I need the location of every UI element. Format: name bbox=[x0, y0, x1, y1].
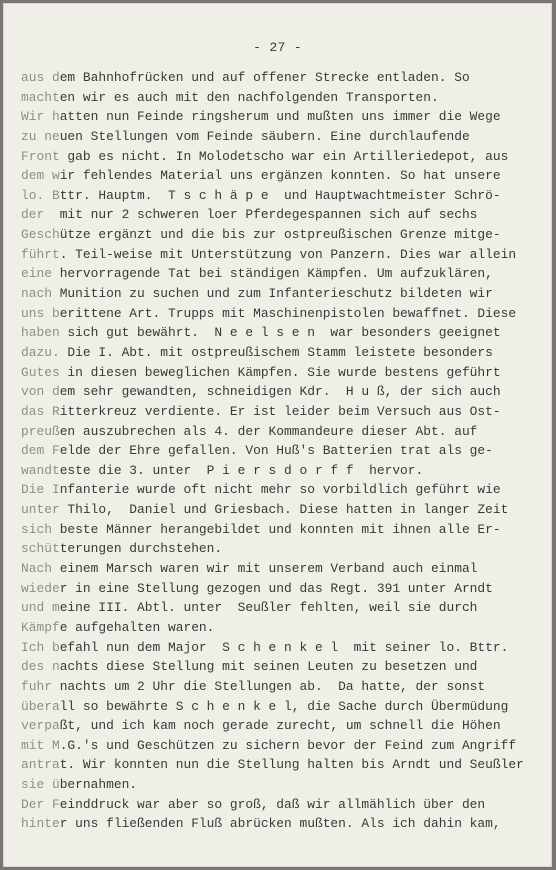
text-line: dem Felde der Ehre gefallen. Von Huß's B… bbox=[21, 441, 541, 461]
text-line: lo. Bttr. Hauptm. T s c h ä p e und Haup… bbox=[21, 186, 541, 206]
text-line: verpaßt, und ich kam noch gerade zurecht… bbox=[21, 716, 541, 736]
text-line: Kämpfe aufgehalten waren. bbox=[21, 618, 541, 638]
text-line: der mit nur 2 schweren loer Pferdegespan… bbox=[21, 205, 541, 225]
text-line: dem wir fehlendes Material uns ergänzen … bbox=[21, 166, 541, 186]
text-line: führt. Teil-weise mit Unterstützung von … bbox=[21, 245, 541, 265]
text-line: Ich befahl nun dem Major S c h e n k e l… bbox=[21, 638, 541, 658]
text-line: Die Infanterie wurde oft nicht mehr so v… bbox=[21, 480, 541, 500]
text-line: Front gab es nicht. In Molodetscho war e… bbox=[21, 147, 541, 167]
text-line: uns berittene Art. Trupps mit Maschinenp… bbox=[21, 304, 541, 324]
text-line: aus dem Bahnhofrücken und auf offener St… bbox=[21, 68, 541, 88]
text-line: überall so bewährte S c h e n k e l, die… bbox=[21, 697, 541, 717]
text-line: das Ritterkreuz verdiente. Er ist leider… bbox=[21, 402, 541, 422]
text-line: eine hervorragende Tat bei ständigen Käm… bbox=[21, 264, 541, 284]
text-line: hinter uns fließenden Fluß abrücken mußt… bbox=[21, 814, 541, 834]
text-line: nach Munition zu suchen und zum Infanter… bbox=[21, 284, 541, 304]
text-line: schütterungen durchstehen. bbox=[21, 539, 541, 559]
text-line: von dem sehr gewandten, schneidigen Kdr.… bbox=[21, 382, 541, 402]
text-line: fuhr nachts um 2 Uhr die Stellungen ab. … bbox=[21, 677, 541, 697]
corner-mark: · · · · bbox=[498, 14, 537, 21]
text-line: des nachts diese Stellung mit seinen Leu… bbox=[21, 657, 541, 677]
text-line: zu neuen Stellungen vom Feinde säubern. … bbox=[21, 127, 541, 147]
text-line: Nach einem Marsch waren wir mit unserem … bbox=[21, 559, 541, 579]
text-line: mit M.G.'s und Geschützen zu sichern bev… bbox=[21, 736, 541, 756]
text-line: Gutes in diesen beweglichen Kämpfen. Sie… bbox=[21, 363, 541, 383]
text-line: sich beste Männer herangebildet und konn… bbox=[21, 520, 541, 540]
text-line: Der Feinddruck war aber so groß, daß wir… bbox=[21, 795, 541, 815]
text-line: und meine III. Abtl. unter Seußler fehlt… bbox=[21, 598, 541, 618]
text-line: wandteste die 3. unter P i e r s d o r f… bbox=[21, 461, 541, 481]
text-line: antrat. Wir konnten nun die Stellung hal… bbox=[21, 755, 541, 775]
text-line: sie übernahmen. bbox=[21, 775, 541, 795]
text-line: wieder in eine Stellung gezogen und das … bbox=[21, 579, 541, 599]
text-line: preußen auszubrechen als 4. der Kommande… bbox=[21, 422, 541, 442]
text-line: machten wir es auch mit den nachfolgende… bbox=[21, 88, 541, 108]
text-line: unter Thilo, Daniel und Griesbach. Diese… bbox=[21, 500, 541, 520]
text-line: dazu. Die I. Abt. mit ostpreußischem Sta… bbox=[21, 343, 541, 363]
text-line: Wir hatten nun Feinde ringsherum und muß… bbox=[21, 107, 541, 127]
page-number: - 27 - bbox=[4, 40, 551, 55]
text-line: Geschütze ergänzt und die bis zur ostpre… bbox=[21, 225, 541, 245]
text-line: haben sich gut bewährt. N e e l s e n wa… bbox=[21, 323, 541, 343]
document-page: · · · · - 27 - aus dem Bahnhofrücken und… bbox=[3, 3, 552, 867]
typewritten-body-text: aus dem Bahnhofrücken und auf offener St… bbox=[21, 68, 541, 834]
